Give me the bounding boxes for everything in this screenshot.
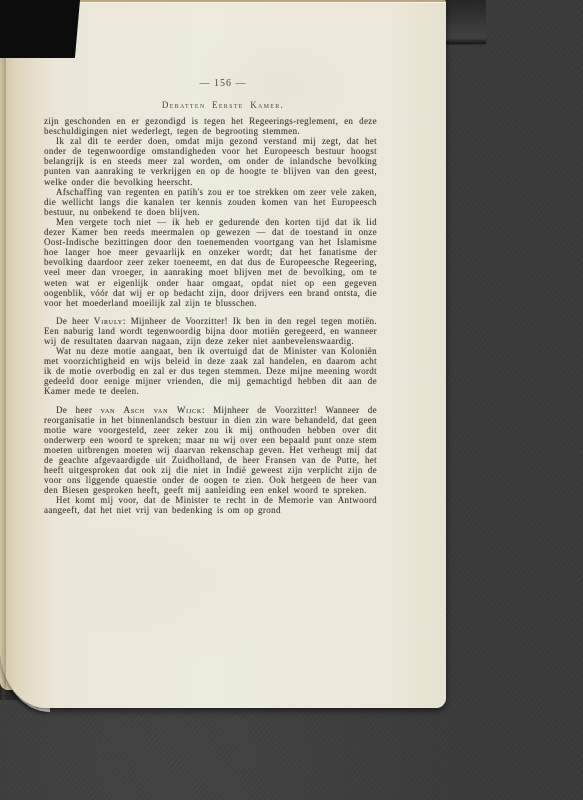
paragraph: Men vergete toch niet — ik heb er gedure… [44,217,377,308]
text-run: De heer [56,316,94,326]
text-run: Afschaffing van regenten en patih's zou … [44,187,377,217]
text-run: Men vergete toch niet — ik heb er gedure… [44,217,377,308]
speaker-name: van Asch van Wijck [101,405,202,415]
text-run: Ik zal dit te eerder doen, omdat mijn ge… [44,136,377,186]
page-number: — 156 — [0,78,446,89]
page-gutter-crease [0,0,6,700]
paragraph: Het komt mij voor, dat de Minister te re… [44,495,377,515]
text-run: De heer [56,405,101,415]
paragraph: Wat nu deze motie aangaat, ben ik overtu… [44,346,377,396]
paragraph: zijn geschonden en er gezondigd is tegen… [44,116,377,136]
paragraph: De heer van Asch van Wijck: Mijnheer de … [44,405,377,496]
paragraph: Afschaffing van regenten en patih's zou … [44,187,377,217]
text-run: zijn geschonden en er gezondigd is tegen… [44,116,377,136]
photo-background: — 156 — Debatten Eerste Kamer. zijn gesc… [0,0,583,800]
book-page: — 156 — Debatten Eerste Kamer. zijn gesc… [0,0,446,708]
text-run: : Mijnheer de Voorzitter! Wanneer de reo… [44,405,377,496]
page-text: zijn geschonden en er gezondigd is tegen… [44,116,377,516]
shadow-corner-bottom-right [0,0,80,58]
paragraph: Ik zal dit te eerder doen, omdat mijn ge… [44,136,377,186]
running-header: Debatten Eerste Kamer. [0,100,446,110]
speaker-name: Viruly [94,316,123,326]
paragraph: De heer Viruly: Mijnheer de Voorzitter! … [44,316,377,346]
text-run: Het komt mij voor, dat de Minister te re… [44,495,377,515]
text-run: Wat nu deze motie aangaat, ben ik overtu… [44,346,377,396]
